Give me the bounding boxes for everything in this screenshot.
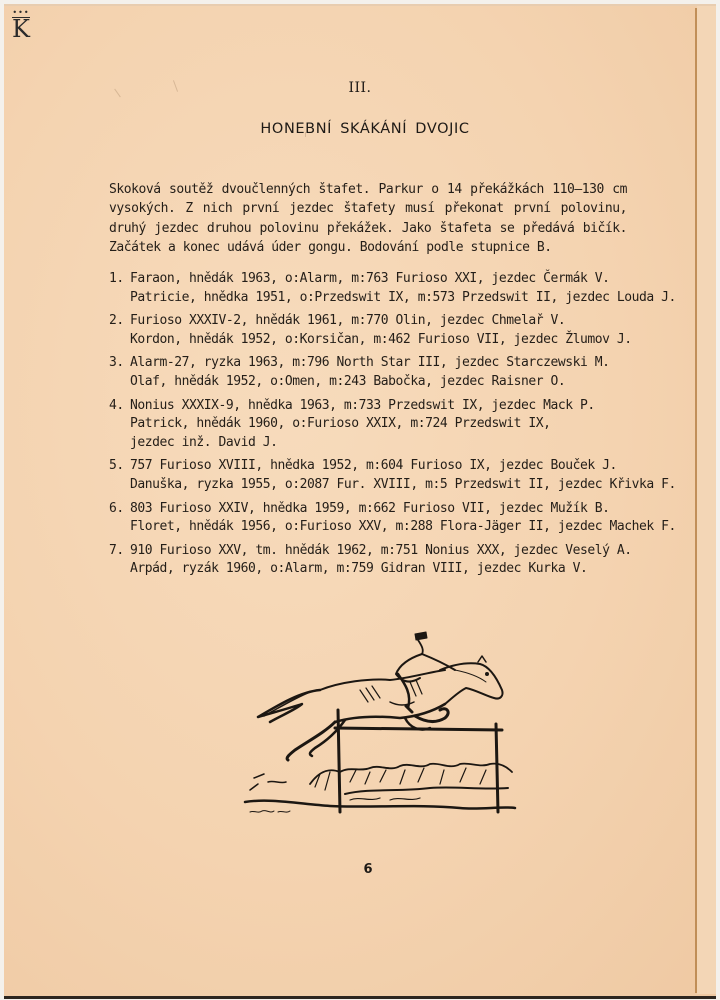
entry-number: 6. bbox=[109, 500, 130, 537]
entry-number: 2. bbox=[109, 312, 130, 349]
list-item: 3. Alarm-27, ryzka 1963, m:796 North Sta… bbox=[109, 354, 639, 391]
entry-line: jezdec inž. David J. bbox=[130, 434, 639, 453]
list-item: 4. Nonius XXXIX-9, hnědka 1963, m:733 Pr… bbox=[109, 397, 639, 453]
entry-number: 1. bbox=[109, 270, 130, 307]
entry-line: Furioso XXXIV-2, hnědák 1961, m:770 Olin… bbox=[130, 312, 639, 331]
page-number: 6 bbox=[0, 862, 720, 877]
entry-line: Olaf, hnědák 1952, o:Omen, m:243 Babočka… bbox=[130, 373, 639, 392]
entry-line: Faraon, hnědák 1963, o:Alarm, m:763 Furi… bbox=[130, 270, 676, 289]
entry-number: 3. bbox=[109, 354, 130, 391]
list-item: 6. 803 Furioso XXIV, hnědka 1959, m:662 … bbox=[109, 500, 639, 537]
intro-line: Skoková soutěž dvoučlenných štafet. Park… bbox=[109, 182, 627, 197]
entry-line: 803 Furioso XXIV, hnědka 1959, m:662 Fur… bbox=[130, 500, 676, 519]
logo-letter: K bbox=[10, 18, 32, 40]
entry-line: Danuška, ryzka 1955, o:2087 Fur. XVIII, … bbox=[130, 476, 676, 495]
entry-line: 757 Furioso XVIII, hnědka 1952, m:604 Fu… bbox=[130, 457, 676, 476]
intro-line: a konec udává úder gongu. Bodování podle… bbox=[168, 240, 552, 255]
entry-line: Kordon, hnědák 1952, o:Korsičan, m:462 F… bbox=[130, 331, 639, 350]
entry-line: Patrick, hnědák 1960, o:Furioso XXIX, m:… bbox=[130, 415, 639, 434]
list-item: 7. 910 Furioso XXV, tm. hnědák 1962, m:7… bbox=[109, 542, 639, 579]
entry-line: Arpád, ryzák 1960, o:Alarm, m:759 Gidran… bbox=[130, 560, 639, 579]
entry-line: Nonius XXXIX-9, hnědka 1963, m:733 Przed… bbox=[130, 397, 639, 416]
entry-number: 7. bbox=[109, 542, 130, 579]
horse-jumping-icon bbox=[240, 612, 520, 817]
publisher-logo: ••• K bbox=[10, 10, 32, 40]
intro-paragraph: Skoková soutěž dvoučlenných štafet. Park… bbox=[109, 180, 627, 258]
entry-number: 5. bbox=[109, 457, 130, 494]
entry-line: Patricie, hnědka 1951, o:Przedswit IX, m… bbox=[130, 289, 676, 308]
entry-line: Alarm-27, ryzka 1963, m:796 North Star I… bbox=[130, 354, 639, 373]
entry-line: 910 Furioso XXV, tm. hnědák 1962, m:751 … bbox=[130, 542, 639, 561]
list-item: 2. Furioso XXXIV-2, hnědák 1961, m:770 O… bbox=[109, 312, 639, 349]
chapter-number: III. bbox=[0, 80, 720, 96]
page-title: HONEBNÍ SKÁKÁNÍ DVOJIC bbox=[0, 121, 720, 137]
next-page-edge bbox=[697, 6, 716, 994]
page-fold-line bbox=[695, 8, 697, 993]
entry-number: 4. bbox=[109, 397, 130, 453]
entry-list: 1. Faraon, hnědák 1963, o:Alarm, m:763 F… bbox=[109, 270, 639, 584]
entry-line: Floret, hnědák 1956, o:Furioso XXV, m:28… bbox=[130, 518, 676, 537]
list-item: 1. Faraon, hnědák 1963, o:Alarm, m:763 F… bbox=[109, 270, 639, 307]
list-item: 5. 757 Furioso XVIII, hnědka 1952, m:604… bbox=[109, 457, 639, 494]
